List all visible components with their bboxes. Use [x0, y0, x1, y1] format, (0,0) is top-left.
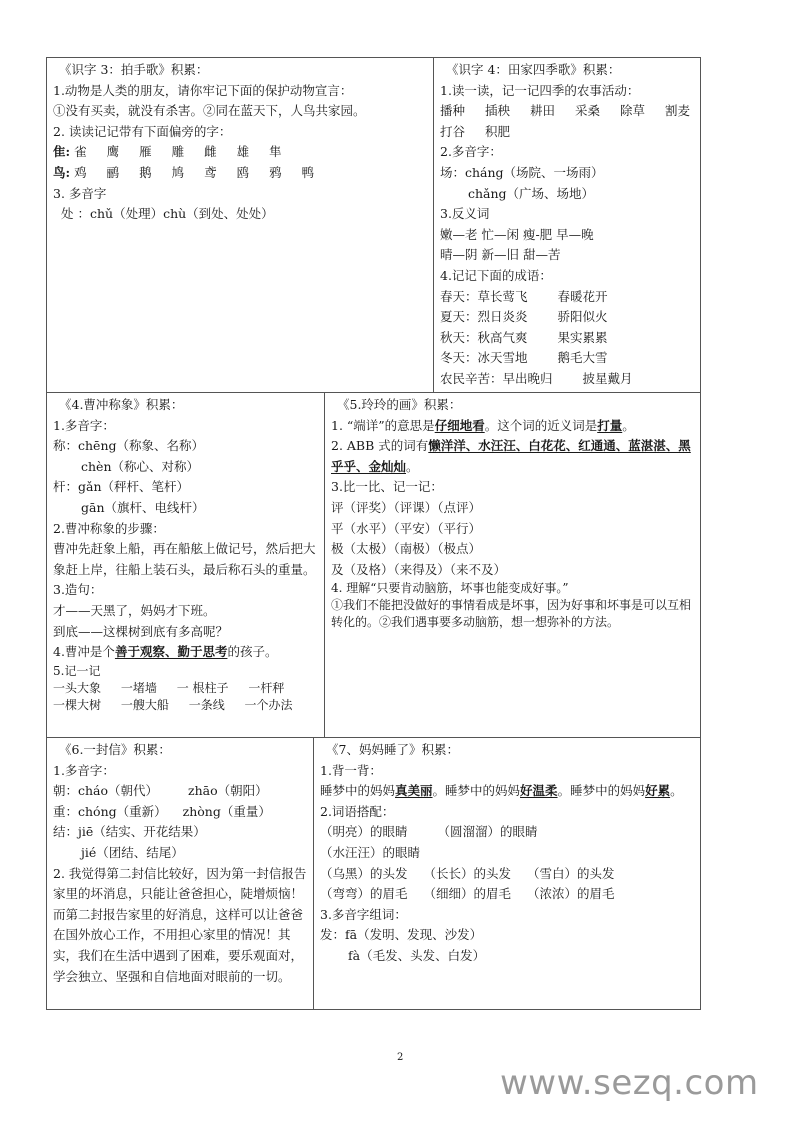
text-line: 1.背一背： — [320, 761, 700, 782]
section-caochong: 《4.曹冲称象》积累： 1.多音字： 称：chēng（称象、名称） chèn（称… — [46, 392, 325, 738]
text-line: 及（及格）（来得及）（来不及） — [331, 560, 700, 581]
idiom-row: 春天：草长莺飞春暖花开 — [440, 287, 700, 308]
measure-word-row: 一棵大树 一艘大船 一条线 一个办法 — [53, 697, 324, 714]
underlined-answer: 好累 — [645, 783, 670, 798]
text-line: （弯弯）的眉毛（细细）的眉毛（浓浓）的眉毛 — [320, 884, 700, 905]
radical-row-niao: 鸟: 鸡 鹂 鹅 鸠 鸢 鸥 鸦 鸭 — [53, 163, 433, 184]
section-shizi4: 《识字 4：田家四季歌》积累： 1.读一读，记一记四季的农事活动： 播种 插秧 … — [433, 57, 701, 393]
text-line: 1.多音字： — [53, 416, 324, 437]
text-line: 2. 读读记记带有下面偏旁的字： — [53, 122, 433, 143]
section-lingling: 《5.玲玲的画》积累： 1. “端详”的意思是仔细地看。这个词的近义词是打量。 … — [324, 392, 701, 738]
text-line: 2.多音字： — [440, 142, 700, 163]
text-line: 3.造句： — [53, 580, 324, 601]
text-line: （乌黑）的头发（长长）的头发（雪白）的头发 — [320, 864, 700, 885]
section-shizi3: 《识字 3：拍手歌》积累： 1.动物是人类的朋友，请你牢记下面的保护动物宣言： … — [46, 57, 434, 393]
text-line: 称：chēng（称象、名称） — [53, 436, 324, 457]
text-line: 1.动物是人类的朋友，请你牢记下面的保护动物宣言： — [53, 81, 433, 102]
text-line: 1. “端详”的意思是仔细地看。这个词的近义词是打量。 — [331, 416, 700, 437]
text-line: 3.反义词 — [440, 204, 700, 225]
idiom-row: 农民辛苦：早出晚归披星戴月 — [440, 369, 700, 390]
idiom-row: 冬天：冰天雪地鹅毛大雪 — [440, 348, 700, 369]
text-line: 5.记一记 — [53, 663, 324, 680]
watermark: www.sezq.com — [500, 1063, 759, 1103]
text-line: 评（评奖）（评课）（点评） — [331, 498, 700, 519]
underlined-answer: 好温柔 — [520, 783, 558, 798]
text-line: jié（团结、结尾） — [53, 843, 313, 864]
section-title: 《4.曹冲称象》积累： — [53, 395, 324, 416]
text-line: 2.曹冲称象的步骤： — [53, 519, 324, 540]
text-line: 发：fā（发明、发现、沙发） — [320, 925, 700, 946]
text-line: 杆：gǎn（秤杆、笔杆） — [53, 477, 324, 498]
text-line: ①没有买卖，就没有杀害。②同在蓝天下，人鸟共家园。 — [53, 101, 433, 122]
text-line: 4.曹冲是个善于观察、勤于思考的孩子。 — [53, 642, 324, 663]
text-line: 3. 多音字 — [53, 184, 433, 205]
text-line: 1.读一读，记一记四季的农事活动： — [440, 81, 700, 102]
text-line: 才——天黑了，妈妈才下班。 — [53, 601, 324, 622]
text-line: 2.词语搭配： — [320, 802, 700, 823]
text-line: 场：cháng（场院、一场雨） — [440, 163, 700, 184]
text-line: （水汪汪）的眼睛 — [320, 843, 700, 864]
underlined-answer: 善于观察、勤于思考 — [115, 644, 228, 659]
text-line: gān（旗杆、电线杆） — [53, 498, 324, 519]
text-line: 结：jiē（结实、开花结果） — [53, 822, 313, 843]
text-line: 处 ：chǔ（处理）chù（到处、处处） — [53, 204, 433, 225]
section-mamashuile: 《7、妈妈睡了》积累： 1.背一背： 睡梦中的妈妈真美丽。睡梦中的妈妈好温柔。睡… — [313, 737, 701, 1010]
text-line: 睡梦中的妈妈真美丽。睡梦中的妈妈好温柔。睡梦中的妈妈好累。 — [320, 781, 700, 802]
paragraph: 曹冲先赶象上船，再在船舷上做记号，然后把大象赶上岸，往船上装石头，最后称石头的重… — [53, 539, 324, 580]
text-line: 晴—阴 新—旧 甜—苦 — [440, 245, 700, 266]
section-title: 《5.玲玲的画》积累： — [331, 395, 700, 416]
section-yifengxin: 《6.一封信》积累： 1.多音字： 朝：cháo（朝代）zhāo（朝阳） 重：c… — [46, 737, 314, 1010]
paragraph: ①我们不能把没做好的事情看成是坏事，因为好事和坏事是可以互相转化的。②我们遇事要… — [331, 597, 700, 631]
document-page: 《识字 3：拍手歌》积累： 1.动物是人类的朋友，请你牢记下面的保护动物宣言： … — [0, 0, 800, 1131]
text-line: chèn（称心、对称） — [53, 457, 324, 478]
text-line: 2. ABB 式的词有懒洋洋、水汪汪、白花花、红通通、蓝湛湛、黑乎乎、金灿灿。 — [331, 436, 700, 477]
text-line: 3.比一比、记一记： — [331, 477, 700, 498]
underlined-answer: 真美丽 — [395, 783, 433, 798]
text-line: 4. 理解“只要肯动脑筋，坏事也能变成好事。” — [331, 580, 700, 597]
radical-row-zhui: 隹: 雀 鹰 雁 雕 雌 雄 隼 — [53, 142, 433, 163]
underlined-answer: 打量 — [597, 418, 622, 433]
text-line: 极（太极）（南极）（极点） — [331, 539, 700, 560]
farm-activities-row: 打谷 积肥 — [440, 122, 700, 143]
section-title: 《7、妈妈睡了》积累： — [320, 740, 700, 761]
text-line: 平（水平）（平安）（平行） — [331, 519, 700, 540]
section-title: 《6.一封信》积累： — [53, 740, 313, 761]
text-line: chǎng（广场、场地） — [440, 184, 700, 205]
page-number: 2 — [397, 1052, 403, 1063]
underlined-answer: 仔细地看 — [435, 418, 485, 433]
measure-word-row: 一头大象 一堵墙 一 根柱子 一杆秤 — [53, 680, 324, 697]
farm-activities-row: 播种 插秧 耕田 采桑 除草 割麦 — [440, 101, 700, 122]
text-line: 嫩—老 忙—闲 瘦-肥 早—晚 — [440, 225, 700, 246]
text-line: 4.记记下面的成语： — [440, 266, 700, 287]
text-line: 3.多音字组词： — [320, 905, 700, 926]
paragraph: 2. 我觉得第二封信比较好，因为第一封信报告家里的坏消息，只能让爸爸担心，陡增烦… — [53, 864, 313, 988]
radical-label: 鸟: — [53, 165, 70, 180]
text-line: fà（毛发、头发、白发） — [320, 946, 700, 967]
text-line: （明亮）的眼睛（圆溜溜）的眼睛 — [320, 822, 700, 843]
radical-label: 隹: — [53, 144, 70, 159]
section-title: 《识字 4：田家四季歌》积累： — [440, 60, 700, 81]
text-line: 1.多音字： — [53, 761, 313, 782]
section-title: 《识字 3：拍手歌》积累： — [53, 60, 433, 81]
text-line: 朝：cháo（朝代）zhāo（朝阳） — [53, 781, 313, 802]
text-line: 到底——这棵树到底有多高呢？ — [53, 622, 324, 643]
idiom-row: 夏天：烈日炎炎骄阳似火 — [440, 307, 700, 328]
text-line: 重：chóng（重新）zhòng（重量） — [53, 802, 313, 823]
idiom-row: 秋天：秋高气爽果实累累 — [440, 328, 700, 349]
